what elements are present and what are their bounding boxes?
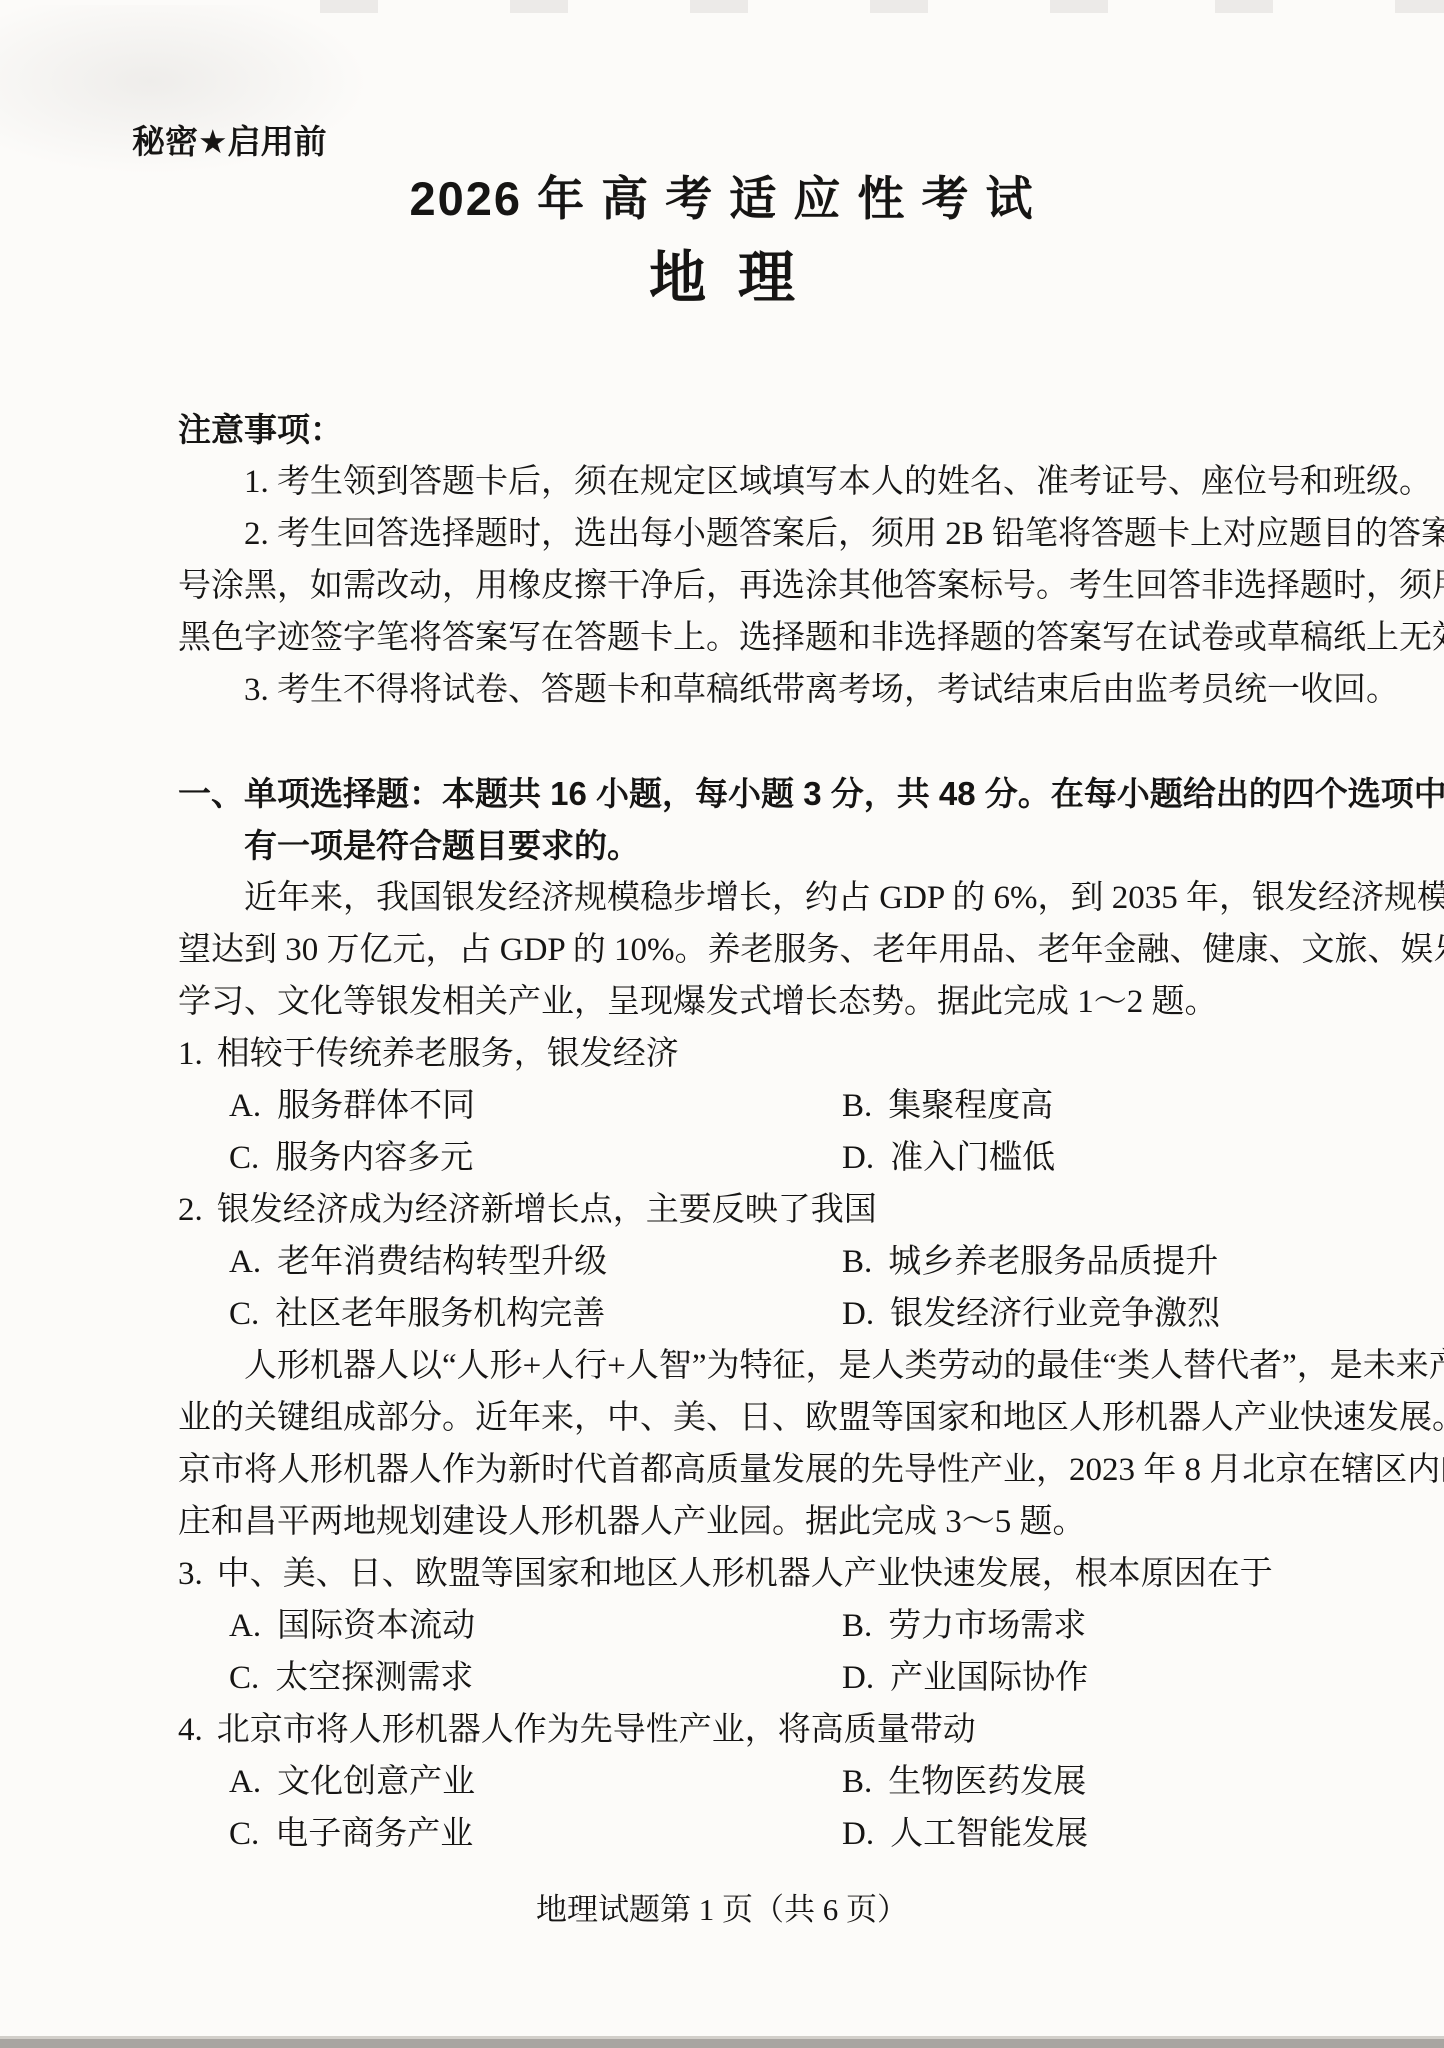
option-1-b-text: 集聚程度高: [888, 1088, 1053, 1124]
option-2-d-label: D.: [842, 1296, 874, 1332]
question-3-number: 3.: [178, 1556, 203, 1592]
option-1-d: D.准入门槛低: [842, 1132, 1055, 1184]
notice-line-5: 3. 考生不得将试卷、答题卡和草稿纸带离考场，考试结束后由监考员统一收回。: [178, 664, 1318, 716]
question-4-number: 4.: [178, 1712, 203, 1748]
scan-fragment: [690, 0, 748, 13]
question-3-options-row-2: C.太空探测需求 D.产业国际协作: [178, 1652, 1318, 1704]
option-4-b: B.生物医药发展: [842, 1756, 1086, 1808]
section-heading-line-1: 一、单项选择题：本题共 16 小题，每小题 3 分，共 48 分。在每小题给出的…: [178, 768, 1318, 820]
option-3-d-label: D.: [842, 1660, 874, 1696]
option-2-d-text: 银发经济行业竞争激烈: [890, 1296, 1220, 1332]
security-marking: 秘密★启用前: [132, 116, 327, 163]
option-2-b-label: B.: [842, 1244, 872, 1280]
notice-heading: 注意事项：: [178, 404, 1318, 456]
scan-fragment: [1050, 0, 1108, 13]
passage2-line-3: 京市将人形机器人作为新时代首都高质量发展的先导性产业，2023 年 8 月北京在…: [178, 1444, 1318, 1496]
exam-paper-page: 秘密★启用前 2026 年 高 考 适 应 性 考 试 地 理 注意事项： 1.…: [0, 0, 1444, 2048]
option-4-a-label: A.: [229, 1764, 261, 1800]
question-2-stem: 2.银发经济成为经济新增长点，主要反映了我国: [178, 1184, 1318, 1236]
scan-fragment: [510, 0, 568, 13]
question-3-stem: 3.中、美、日、欧盟等国家和地区人形机器人产业快速发展，根本原因在于: [178, 1548, 1318, 1600]
option-3-b-label: B.: [842, 1608, 872, 1644]
question-2-options-row-2: C.社区老年服务机构完善 D.银发经济行业竞争激烈: [178, 1288, 1318, 1340]
question-2-options-row-1: A.老年消费结构转型升级 B.城乡养老服务品质提升: [178, 1236, 1318, 1288]
question-1-number: 1.: [178, 1036, 203, 1072]
option-4-b-label: B.: [842, 1764, 872, 1800]
option-2-a: A.老年消费结构转型升级: [229, 1244, 607, 1280]
question-4-options-row-2: C.电子商务产业 D.人工智能发展: [178, 1808, 1318, 1860]
option-2-c-label: C.: [229, 1296, 259, 1332]
option-4-a: A.文化创意产业: [229, 1764, 475, 1800]
option-3-c-label: C.: [229, 1660, 259, 1696]
option-1-a: A.服务群体不同: [229, 1088, 475, 1124]
option-3-a-text: 国际资本流动: [277, 1608, 475, 1644]
question-1-stem: 1.相较于传统养老服务，银发经济: [178, 1028, 1318, 1080]
option-4-c-text: 电子商务产业: [275, 1816, 473, 1852]
option-4-a-text: 文化创意产业: [277, 1764, 475, 1800]
option-3-b: B.劳力市场需求: [842, 1600, 1086, 1652]
option-1-b-label: B.: [842, 1088, 872, 1124]
notice-line-1: 1. 考生领到答题卡后，须在规定区域填写本人的姓名、准考证号、座位号和班级。: [178, 456, 1318, 508]
option-2-d: D.银发经济行业竞争激烈: [842, 1288, 1220, 1340]
notice-line-3: 号涂黑，如需改动，用橡皮擦干净后，再选涂其他答案标号。考生回答非选择题时，须用 …: [178, 560, 1318, 612]
scan-fragment: [1215, 0, 1273, 13]
option-3-c: C.太空探测需求: [229, 1660, 473, 1696]
question-2-number: 2.: [178, 1192, 203, 1228]
question-3-options-row-1: A.国际资本流动 B.劳力市场需求: [178, 1600, 1318, 1652]
notice-line-2: 2. 考生回答选择题时，选出每小题答案后，须用 2B 铅笔将答题卡上对应题目的答…: [178, 508, 1318, 560]
scan-edge-bar: [0, 2039, 1444, 2048]
option-2-b-text: 城乡养老服务品质提升: [888, 1244, 1218, 1280]
page-footer: 地理试题第 1 页（共 6 页）: [0, 1888, 1444, 1932]
subject-title: 地 理: [0, 232, 1444, 314]
question-1-text: 相较于传统养老服务，银发经济: [217, 1036, 679, 1072]
option-1-d-text: 准入门槛低: [890, 1140, 1055, 1176]
option-3-c-text: 太空探测需求: [275, 1660, 473, 1696]
option-1-c-text: 服务内容多元: [275, 1140, 473, 1176]
option-3-a-label: A.: [229, 1608, 261, 1644]
question-4-options-row-1: A.文化创意产业 B.生物医药发展: [178, 1756, 1318, 1808]
option-1-c-label: C.: [229, 1140, 259, 1176]
option-1-c: C.服务内容多元: [229, 1140, 473, 1176]
exam-content: 注意事项： 1. 考生领到答题卡后，须在规定区域填写本人的姓名、准考证号、座位号…: [178, 404, 1318, 1860]
scan-fragment: [870, 0, 928, 13]
option-3-b-text: 劳力市场需求: [888, 1608, 1086, 1644]
option-4-d-label: D.: [842, 1816, 874, 1852]
option-4-b-text: 生物医药发展: [888, 1764, 1086, 1800]
option-1-b: B.集聚程度高: [842, 1080, 1053, 1132]
question-1-options-row-1: A.服务群体不同 B.集聚程度高: [178, 1080, 1318, 1132]
option-4-c: C.电子商务产业: [229, 1816, 473, 1852]
option-3-d: D.产业国际协作: [842, 1652, 1088, 1704]
question-1-options-row-2: C.服务内容多元 D.准入门槛低: [178, 1132, 1318, 1184]
section-heading-line-2: 有一项是符合题目要求的。: [178, 820, 1318, 872]
option-2-b: B.城乡养老服务品质提升: [842, 1236, 1218, 1288]
option-1-a-label: A.: [229, 1088, 261, 1124]
option-4-d: D.人工智能发展: [842, 1808, 1088, 1860]
passage1-line-2: 望达到 30 万亿元，占 GDP 的 10%。养老服务、老年用品、老年金融、健康…: [178, 924, 1318, 976]
option-3-a: A.国际资本流动: [229, 1608, 475, 1644]
exam-title: 2026 年 高 考 适 应 性 考 试: [0, 162, 1444, 229]
notice-line-4: 黑色字迹签字笔将答案写在答题卡上。选择题和非选择题的答案写在试卷或草稿纸上无效。: [178, 612, 1318, 664]
option-2-a-text: 老年消费结构转型升级: [277, 1244, 607, 1280]
question-3-text: 中、美、日、欧盟等国家和地区人形机器人产业快速发展，根本原因在于: [217, 1556, 1273, 1592]
question-4-text: 北京市将人形机器人作为先导性产业，将高质量带动: [217, 1712, 976, 1748]
option-3-d-text: 产业国际协作: [890, 1660, 1088, 1696]
option-4-c-label: C.: [229, 1816, 259, 1852]
passage2-line-4: 庄和昌平两地规划建设人形机器人产业园。据此完成 3～5 题。: [178, 1496, 1318, 1548]
passage1-line-1: 近年来，我国银发经济规模稳步增长，约占 GDP 的 6%，到 2035 年，银发…: [178, 872, 1318, 924]
passage2-line-2: 业的关键组成部分。近年来，中、美、日、欧盟等国家和地区人形机器人产业快速发展。北: [178, 1392, 1318, 1444]
passage2-line-1: 人形机器人以“人形+人行+人智”为特征，是人类劳动的最佳“类人替代者”，是未来产: [178, 1340, 1318, 1392]
scan-fragment: [1395, 0, 1444, 13]
scan-fragment: [320, 0, 378, 13]
option-2-c: C.社区老年服务机构完善: [229, 1296, 605, 1332]
option-1-a-text: 服务群体不同: [277, 1088, 475, 1124]
option-2-a-label: A.: [229, 1244, 261, 1280]
passage1-line-3: 学习、文化等银发相关产业，呈现爆发式增长态势。据此完成 1～2 题。: [178, 976, 1318, 1028]
question-4-stem: 4.北京市将人形机器人作为先导性产业，将高质量带动: [178, 1704, 1318, 1756]
option-1-d-label: D.: [842, 1140, 874, 1176]
question-2-text: 银发经济成为经济新增长点，主要反映了我国: [217, 1192, 877, 1228]
option-4-d-text: 人工智能发展: [890, 1816, 1088, 1852]
option-2-c-text: 社区老年服务机构完善: [275, 1296, 605, 1332]
